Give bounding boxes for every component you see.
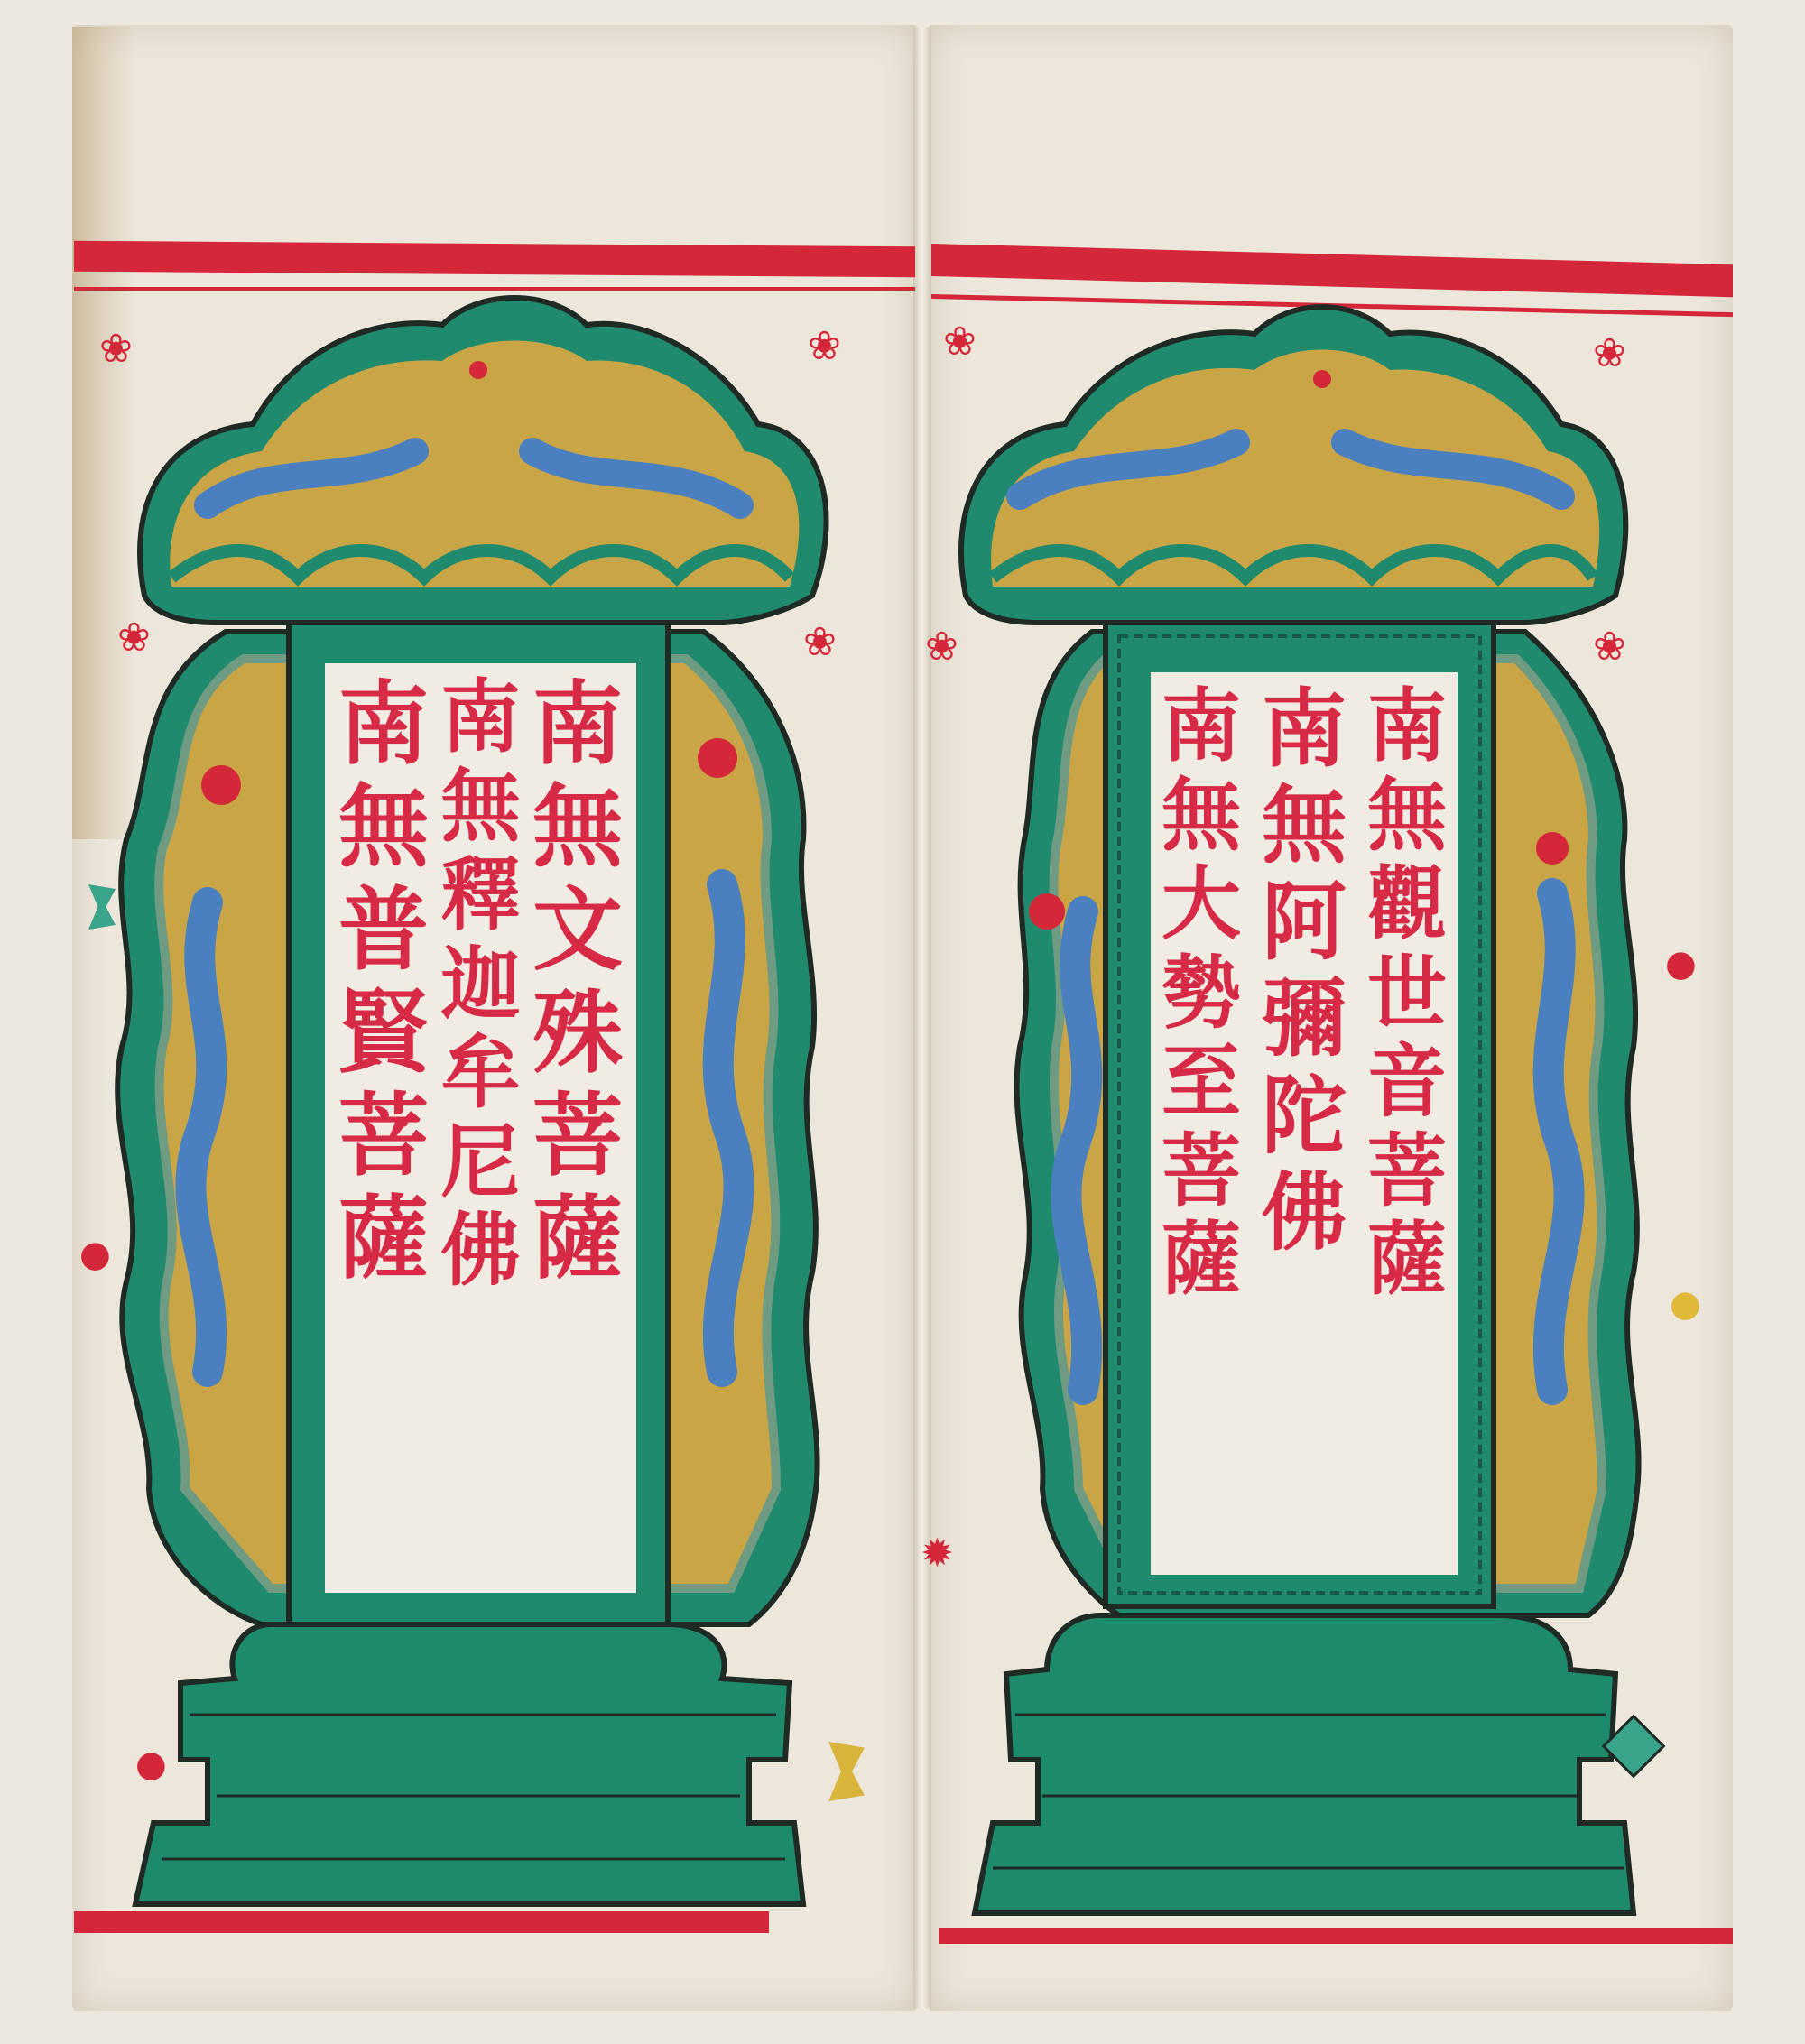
character: 觀 [1367,859,1447,948]
open-manuscript: 南 無 文 殊 菩 薩 南 無 釋 迦 牟 尼 佛 南 無 普 賢 菩 [0,0,1805,2044]
lotus-icon: ❀ [117,618,151,658]
character: 南 [1367,681,1447,771]
lotus-icon: ❀ [1593,334,1626,374]
text-column-right: 南 無 觀 世 音 菩 薩 [1367,681,1447,1566]
lotus-icon: ❀ [803,623,837,662]
pearl-icon: ● [135,1746,167,1782]
character: 世 [1367,948,1447,1038]
character: 南 [1162,681,1241,771]
pearl-icon: ● [1670,1286,1701,1322]
lotus-icon: ❀ [943,322,977,362]
character: 無 [1162,771,1241,860]
character: 南 [1262,681,1347,778]
right-text-panel: 南 無 觀 世 音 菩 薩 南 無 阿 彌 陀 佛 南 無 大 勢 至 [1151,672,1458,1575]
right-tablet: 南 無 觀 世 音 菩 薩 南 無 阿 彌 陀 佛 南 無 大 勢 至 [0,0,1805,2044]
character: 無 [1367,771,1447,860]
pearl-icon: ● [1665,946,1697,982]
character: 至 [1162,1037,1241,1126]
lotus-icon: ❀ [808,327,841,366]
flame-icon: ✹ [921,1534,954,1574]
character: 無 [1262,778,1347,874]
lotus-icon: ❀ [1593,627,1626,667]
character: 音 [1367,1037,1447,1126]
character: 菩 [1367,1126,1447,1216]
character: 佛 [1262,1165,1347,1262]
character: 彌 [1262,971,1347,1068]
character: 菩 [1162,1126,1241,1216]
character: 薩 [1162,1215,1241,1304]
pearl-icon: ● [79,1236,111,1272]
character: 勢 [1162,948,1241,1038]
right-tablet-art [0,0,1805,2044]
text-column-left: 南 無 大 勢 至 菩 薩 [1162,681,1241,1566]
text-column-center: 南 無 阿 彌 陀 佛 [1262,681,1347,1566]
character: 陀 [1262,1068,1347,1165]
character: 薩 [1367,1215,1447,1304]
character: 阿 [1262,874,1347,971]
lotus-icon: ❀ [99,329,133,369]
character: 大 [1162,859,1241,948]
lotus-icon: ❀ [925,627,958,667]
